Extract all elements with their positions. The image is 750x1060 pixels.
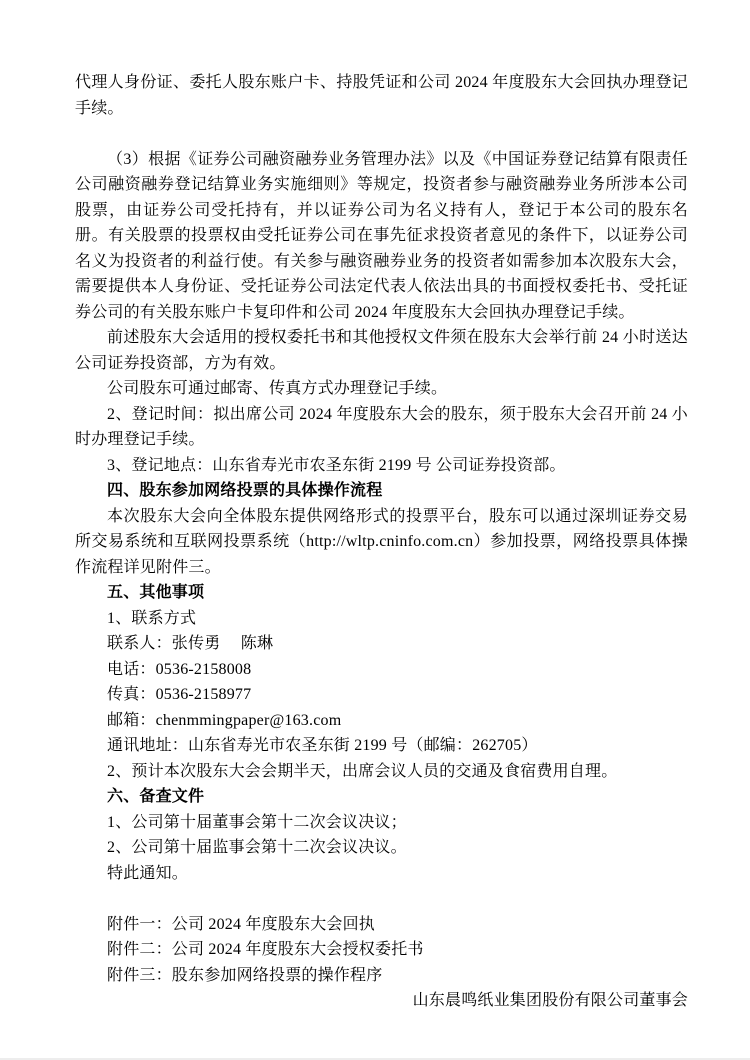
paragraph: 2、公司第十届监事会第十二次会议决议。	[75, 835, 688, 861]
contact-item: 联系人：张传勇 陈琳	[75, 631, 688, 657]
paragraph: 2、预计本次股东大会会期半天，出席会议人员的交通及食宿费用自理。	[75, 759, 688, 785]
signature-line: 山东晨鸣纸业集团股份有限公司董事会	[75, 988, 688, 1014]
section-heading: 六、备查文件	[75, 784, 688, 810]
document-page: { "page": { "background_color": "#ffffff…	[0, 0, 750, 1060]
paragraph: 特此通知。	[75, 861, 688, 887]
paragraph: （3）根据《证券公司融资融券业务管理办法》以及《中国证券登记结算有限责任公司融资…	[75, 147, 688, 326]
attachment-item: 附件一：公司 2024 年度股东大会回执	[75, 912, 688, 938]
document-body: 代理人身份证、委托人股东账户卡、持股凭证和公司 2024 年度股东大会回执办理登…	[75, 70, 688, 1014]
contact-item: 邮箱：chenmmingpaper@163.com	[75, 708, 688, 734]
paragraph: 1、公司第十届董事会第十二次会议决议；	[75, 810, 688, 836]
attachment-item: 附件二：公司 2024 年度股东大会授权委托书	[75, 937, 688, 963]
contact-item: 电话：0536-2158008	[75, 657, 688, 683]
paragraph: 2、登记时间：拟出席公司 2024 年度股东大会的股东，须于股东大会召开前 24…	[75, 402, 688, 453]
paragraph: 1、联系方式	[75, 606, 688, 632]
contact-item: 传真：0536-2158977	[75, 682, 688, 708]
section-heading: 五、其他事项	[75, 580, 688, 606]
section-heading: 四、股东参加网络投票的具体操作流程	[75, 478, 688, 504]
paragraph: 公司股东可通过邮寄、传真方式办理登记手续。	[75, 376, 688, 402]
paragraph: 前述股东大会适用的授权委托书和其他授权文件须在股东大会举行前 24 小时送达公司…	[75, 325, 688, 376]
paragraph: 代理人身份证、委托人股东账户卡、持股凭证和公司 2024 年度股东大会回执办理登…	[75, 70, 688, 121]
attachment-item: 附件三：股东参加网络投票的操作程序	[75, 963, 688, 989]
contact-item: 通讯地址：山东省寿光市农圣东街 2199 号（邮编：262705）	[75, 733, 688, 759]
page-sheet: 代理人身份证、委托人股东账户卡、持股凭证和公司 2024 年度股东大会回执办理登…	[0, 0, 750, 1060]
paragraph: 本次股东大会向全体股东提供网络形式的投票平台，股东可以通过深圳证券交易所交易系统…	[75, 504, 688, 581]
paragraph: 3、登记地点：山东省寿光市农圣东街 2199 号 公司证券投资部。	[75, 453, 688, 479]
